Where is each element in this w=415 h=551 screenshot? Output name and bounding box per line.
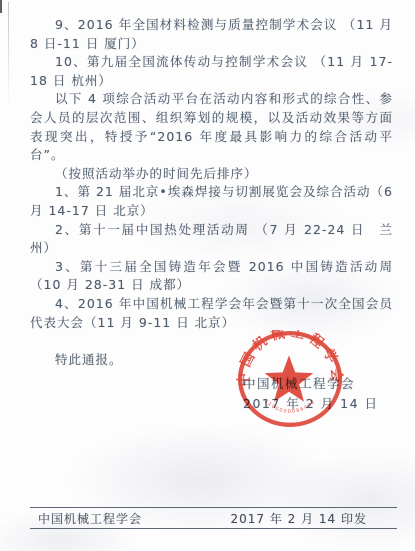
svg-text:1100000086402: 1100000086402: [263, 398, 317, 414]
footer: 中国机械工程学会 2017 年 2 月 14 印发: [30, 507, 397, 529]
list-item-platform-2: 2、第十一届中国热处理活动周 （7 月 22-24 日 兰州）: [30, 221, 393, 258]
footer-print-date: 2017 年 2 月 14 印发: [230, 510, 367, 527]
seal-code: 1100000086402: [263, 398, 317, 414]
scan-corner-artifact: [0, 0, 2, 13]
list-item-conference-10: 10、第九届全国流体传动与控制学术会议 （11 月 17-18 日 杭州）: [30, 53, 393, 90]
scan-edge-line: [8, 2, 9, 107]
footer-issuer: 中国机械工程学会: [38, 510, 142, 527]
list-item-platform-1: 1、第 21 届北京•埃森焊接与切割展览会及综合活动（6 月 14-17 日 北…: [30, 183, 393, 220]
official-seal: 中国机械工程学会 1100000086402: [235, 330, 345, 430]
star-icon: [265, 356, 313, 402]
paragraph-award-intro: 以下 4 项综合活动平台在活动内容和形式的综合性、参会人员的层次范围、组织筹划的…: [30, 90, 393, 164]
list-item-platform-3: 3、第十三届全国铸造年会暨 2016 中国铸造活动周 （10 月 28-31 日…: [30, 258, 393, 295]
scanned-document-page: 9、2016 年全国材料检测与质量控制学术会议 （11 月 8 日-11 日 厦…: [0, 0, 415, 551]
list-item-conference-9: 9、2016 年全国材料检测与质量控制学术会议 （11 月 8 日-11 日 厦…: [30, 16, 393, 53]
document-body: 9、2016 年全国材料检测与质量控制学术会议 （11 月 8 日-11 日 厦…: [30, 16, 393, 369]
paragraph-sort-note: （按照活动举办的时间先后排序）: [30, 165, 393, 184]
list-item-platform-4: 4、2016 年中国机械工程学会年会暨第十一次全国会员代表大会（11 月 9-1…: [30, 295, 393, 332]
